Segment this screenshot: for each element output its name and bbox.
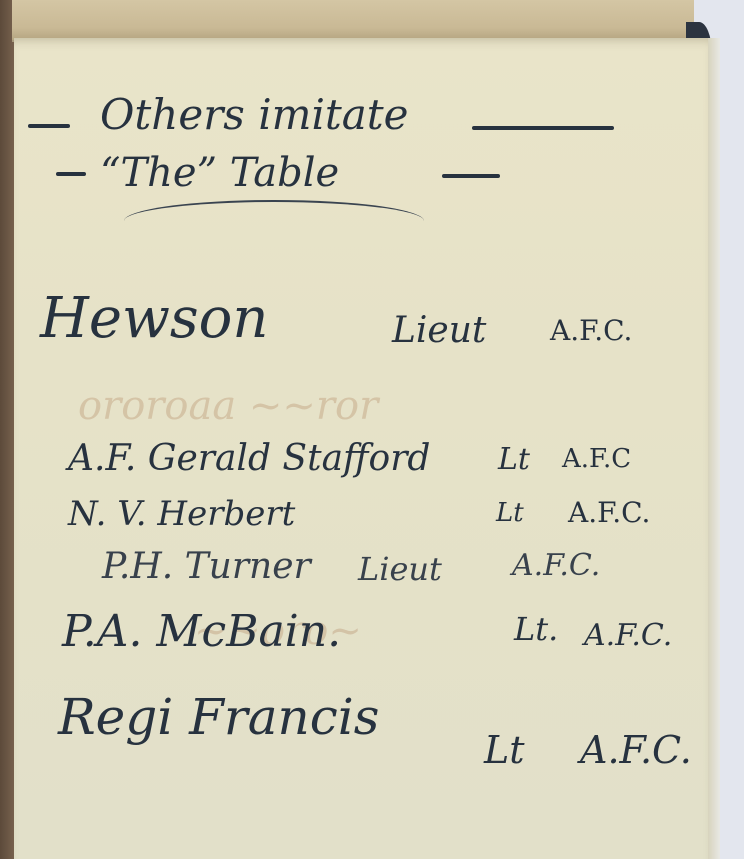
signature-rank: Lieut bbox=[358, 550, 442, 588]
signature-unit: A.F.C. bbox=[550, 314, 632, 347]
signature-name: P.A. McBain. bbox=[62, 606, 341, 657]
header-line-2: “The” Table bbox=[100, 150, 339, 196]
signature-unit: A.F.C bbox=[562, 444, 631, 474]
signature-flourish bbox=[124, 200, 424, 242]
signature-unit: A.F.C. bbox=[512, 548, 600, 583]
bleed-through-text: ororoaa ~~ror bbox=[78, 383, 378, 429]
signature-rank: Lt bbox=[484, 728, 525, 772]
signature-unit: A.F.C. bbox=[568, 496, 650, 529]
dash-decoration bbox=[472, 126, 614, 130]
signature-name: A.F. Gerald Stafford bbox=[68, 438, 430, 479]
signature-name: N. V. Herbert bbox=[68, 494, 295, 534]
signature-unit: A.F.C. bbox=[584, 618, 672, 653]
signature-rank: Lieut bbox=[392, 310, 486, 351]
signature-unit: A.F.C. bbox=[580, 728, 692, 772]
previous-page-edge bbox=[12, 0, 694, 42]
signature-rank: Lt. bbox=[514, 610, 558, 648]
header-line-1: Others imitate bbox=[100, 90, 409, 139]
signature-name: Hewson bbox=[40, 286, 268, 351]
signature-name: P.H. Turner bbox=[102, 546, 311, 587]
dash-decoration bbox=[442, 174, 500, 178]
dash-decoration bbox=[28, 124, 70, 128]
signature-rank: Lt bbox=[498, 442, 530, 477]
signature-rank: Lt bbox=[496, 498, 524, 528]
dash-decoration bbox=[56, 172, 86, 176]
signature-name: Regi Francis bbox=[58, 688, 379, 746]
autograph-page: ororoaa ~~ror ~~oro~ Others imitate “The… bbox=[14, 38, 708, 859]
